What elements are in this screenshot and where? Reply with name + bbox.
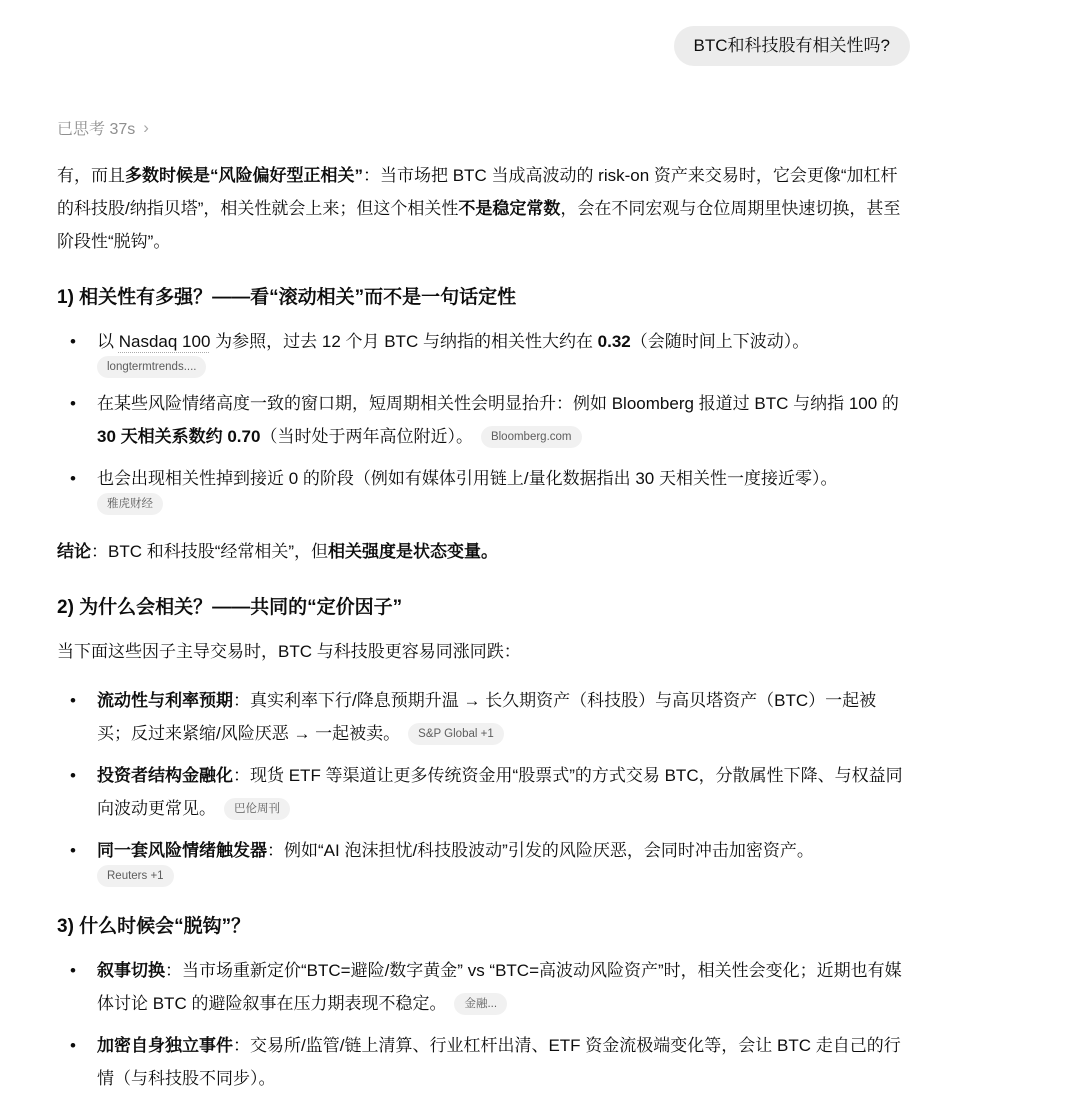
section-2-lead: 当下面这些因子主导交易时，BTC 与科技股更容易同涨同跌： — [57, 635, 910, 668]
text-run: ：当市场重新定价“BTC=避险/数字黄金” vs “BTC=高波动风险资产”时，… — [97, 961, 902, 984]
bold-run: 0.32 — [598, 332, 631, 351]
text-run: （当时处于两年高位附近）。 — [260, 427, 473, 446]
text-run: ：例如“AI 泡沫担忧/科技股波动”引发的风险厌恶，会同时冲击加密资产。 — [267, 841, 814, 860]
list-item: 以 Nasdaq 100 为参照，过去 12 个月 BTC 与纳指的相关性大约在… — [57, 325, 910, 378]
thinking-label: 已思考 37s — [57, 116, 135, 139]
text-run: 以 — [97, 332, 119, 351]
bold-run: 投资者结构金融化 — [97, 766, 233, 785]
bold-run: 结论 — [57, 542, 91, 561]
bold-run: 同一套风险情绪触发器 — [97, 841, 267, 860]
list-item: 也会出现相关性掉到接近 0 的阶段（例如有媒体引用链上/量化数据指出 30 天相… — [57, 462, 910, 515]
text-run: ：BTC 和科技股“经常相关”，但 — [91, 542, 328, 561]
section-3-list: 叙事切换：当市场重新定价“BTC=避险/数字黄金” vs “BTC=高波动风险资… — [57, 954, 910, 984]
thinking-toggle[interactable]: 已思考 37s› — [57, 116, 149, 139]
citation-pill[interactable]: S&P Global +1 — [408, 723, 504, 745]
section-1-list: 以 Nasdaq 100 为参照，过去 12 个月 BTC 与纳指的相关性大约在… — [57, 325, 910, 515]
list-item: 同一套风险情绪触发器：例如“AI 泡沫担忧/科技股波动”引发的风险厌恶，会同时冲… — [57, 834, 910, 887]
section-1-heading: 1) 相关性有多强？——看“滚动相关”而不是一句话定性 — [57, 284, 910, 312]
section-3-heading: 3) 什么时候会“脱钩”？ — [57, 913, 910, 941]
bold-run: 30 天相关系数约 0.70 — [97, 427, 260, 446]
citation-row: 雅虎财经 — [97, 493, 910, 515]
chat-thread: BTC和科技股有相关性吗? 已思考 37s› 有，而且多数时候是“风险偏好型正相… — [57, 0, 910, 984]
citation-pill[interactable]: Bloomberg.com — [481, 426, 582, 448]
text-run: （会随时间上下波动）。 — [631, 332, 810, 351]
user-message-row: BTC和科技股有相关性吗? — [57, 26, 910, 66]
bold-run: 流动性与利率预期 — [97, 691, 233, 710]
citation-row: Reuters +1 — [97, 865, 910, 887]
bold-run: 相关强度是状态变量。 — [328, 542, 498, 561]
list-item: 投资者结构金融化：现货 ETF 等渠道让更多传统资金用“股票式”的方式交易 BT… — [57, 759, 910, 825]
text-run: 为参照，过去 12 个月 BTC 与纳指的相关性大约在 — [210, 332, 597, 351]
conclusion-paragraph: 结论：BTC 和科技股“经常相关”，但相关强度是状态变量。 — [57, 535, 910, 568]
text-run: 在某些风险情绪高度一致的窗口期，短周期相关性会明显抬升：例如 Bloomberg… — [97, 394, 899, 413]
citation-pill[interactable]: longtermtrends.... — [97, 356, 206, 378]
bold-run: 叙事切换 — [97, 961, 165, 980]
user-message-bubble: BTC和科技股有相关性吗? — [674, 26, 910, 66]
section-2-heading: 2) 为什么会相关？——共同的“定价因子” — [57, 594, 910, 622]
citation-pill[interactable]: 巴伦周刊 — [224, 798, 290, 820]
intro-paragraph: 有，而且多数时候是“风险偏好型正相关”：当市场把 BTC 当成高波动的 risk… — [57, 159, 910, 258]
bold-run: 多数时候是“风险偏好型正相关” — [125, 166, 363, 185]
list-item: 流动性与利率预期：真实利率下行/降息预期升温 → 长久期资产（科技股）与高贝塔资… — [57, 684, 910, 750]
list-item: 在某些风险情绪高度一致的窗口期，短周期相关性会明显抬升：例如 Bloomberg… — [57, 387, 910, 453]
text-run: 也会出现相关性掉到接近 0 的阶段（例如有媒体引用链上/量化数据指出 30 天相… — [97, 469, 837, 488]
chevron-right-icon: › — [143, 119, 149, 136]
bold-run: 不是稳定常数 — [458, 199, 560, 218]
citation-pill[interactable]: Reuters +1 — [97, 865, 174, 887]
text-run: 有，而且 — [57, 166, 125, 185]
section-2-list: 流动性与利率预期：真实利率下行/降息预期升温 → 长久期资产（科技股）与高贝塔资… — [57, 684, 910, 887]
citation-row: longtermtrends.... — [97, 356, 910, 378]
citation-pill[interactable]: 雅虎财经 — [97, 493, 163, 515]
list-item: 叙事切换：当市场重新定价“BTC=避险/数字黄金” vs “BTC=高波动风险资… — [57, 954, 910, 984]
assistant-message: 有，而且多数时候是“风险偏好型正相关”：当市场把 BTC 当成高波动的 risk… — [57, 159, 910, 984]
nasdaq-100-link[interactable]: Nasdaq 100 — [119, 332, 211, 351]
